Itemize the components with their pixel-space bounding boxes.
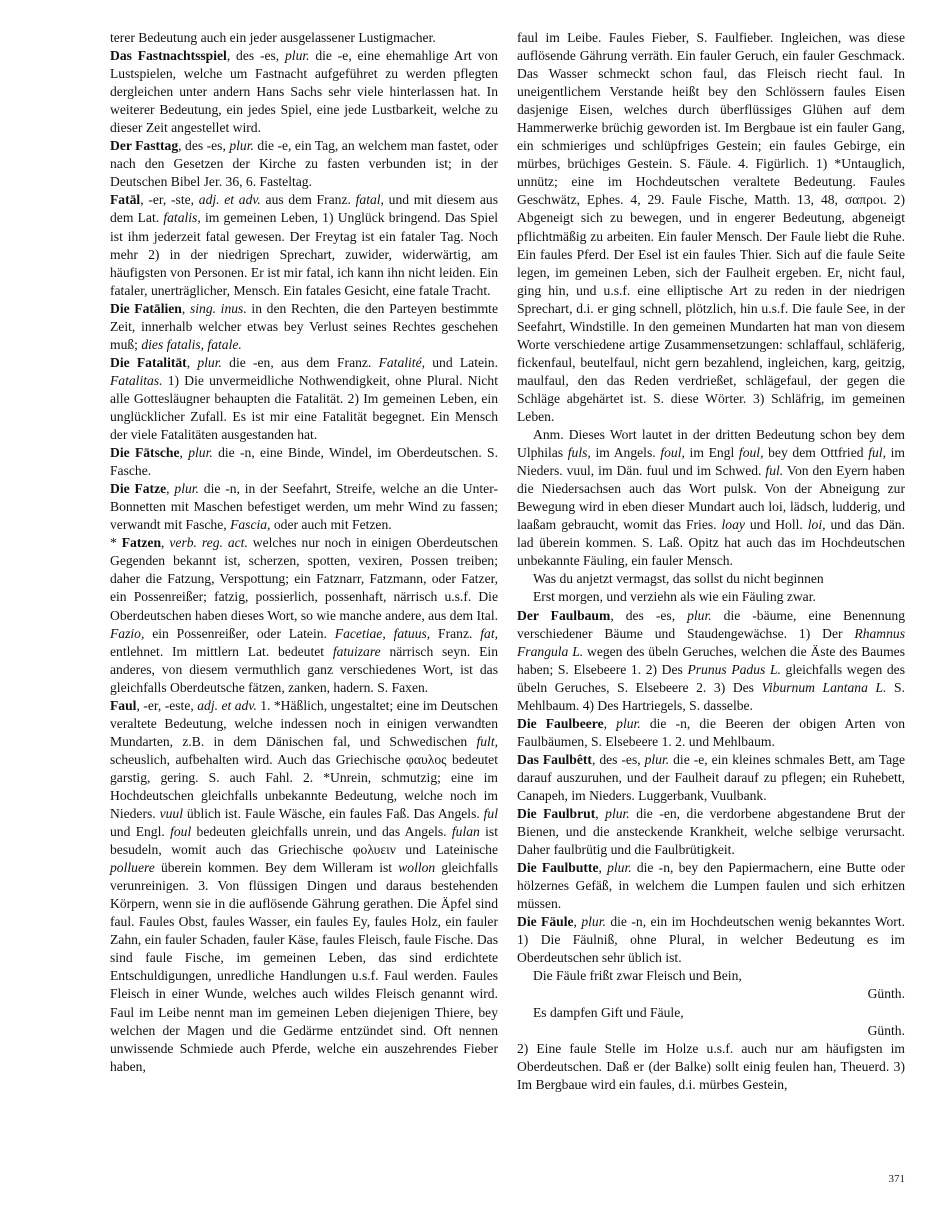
dictionary-entry: Die Fatālien, sing. inus. in den Rechten…: [110, 300, 498, 354]
italic-term: fatuizare: [333, 644, 381, 659]
dictionary-entry: Der Faulbaum, des -es, plur. die -bäume,…: [517, 607, 905, 715]
entry-text: , -er, -ste,: [140, 192, 199, 207]
verse-quote: Die Fäule frißt zwar Fleisch und Bein,: [517, 967, 905, 985]
entry-text: Die Fäule frißt zwar Fleisch und Bein,: [533, 968, 742, 983]
headword: Die Faulbutte: [517, 860, 598, 875]
italic-term: loay: [722, 517, 745, 532]
entry-text: , des -es,: [610, 608, 687, 623]
headword: Der Faulbaum: [517, 608, 610, 623]
page-number: 371: [880, 1173, 905, 1185]
dictionary-entry: Anm. Dieses Wort lautet in der dritten B…: [517, 426, 905, 570]
entry-text: terer Bedeutung auch ein jeder ausgelass…: [110, 30, 436, 45]
headword: Die Fatalitāt: [110, 355, 187, 370]
dictionary-entry: Das Fastnachtsspiel, des -es, plur. die …: [110, 47, 498, 137]
italic-term: plur.: [605, 806, 630, 821]
headword: Der Fasttag: [110, 138, 178, 153]
headword: Faul: [110, 698, 136, 713]
italic-term: Fazio,: [110, 626, 144, 641]
italic-term: verb. reg. act.: [169, 535, 247, 550]
italic-term: ful.: [765, 463, 783, 478]
italic-term: Fatalité,: [379, 355, 425, 370]
italic-term: plur.: [197, 355, 222, 370]
dictionary-entry: terer Bedeutung auch ein jeder ausgelass…: [110, 29, 498, 47]
italic-term: ful,: [868, 445, 886, 460]
headword: Das Faulbêtt: [517, 752, 592, 767]
entry-text: ,: [180, 445, 189, 460]
italic-term: plur.: [607, 860, 632, 875]
entry-text: ,: [182, 301, 190, 316]
italic-term: plur.: [616, 716, 641, 731]
headword: Die Fātsche: [110, 445, 180, 460]
entry-text: ,: [604, 716, 617, 731]
headword: Die Faulbrut: [517, 806, 595, 821]
italic-term: sing. inus.: [190, 301, 247, 316]
italic-term: foul,: [739, 445, 764, 460]
entry-text: 1) Die unvermeidliche Nothwendigkeit, oh…: [110, 373, 498, 442]
entry-text: 2) Eine faule Stelle im Holze u.s.f. auc…: [517, 1041, 905, 1092]
italic-term: Viburnum Lantana L.: [762, 680, 887, 695]
dictionary-entry: Die Faulbrut, plur. die -en, die verdorb…: [517, 805, 905, 859]
headword: Die Fatze: [110, 481, 166, 496]
dictionary-entry: Die Fātsche, plur. die -n, eine Binde, W…: [110, 444, 498, 480]
headword: Fatzen: [122, 535, 161, 550]
entry-text: , -er, -este,: [136, 698, 197, 713]
entry-text: Günth.: [868, 1023, 905, 1038]
entry-text: im Angels.: [591, 445, 661, 460]
italic-term: ful: [484, 806, 498, 821]
italic-term: fulan: [452, 824, 480, 839]
dictionary-entry: 2) Eine faule Stelle im Holze u.s.f. auc…: [517, 1040, 905, 1094]
dictionary-entry: * Fatzen, verb. reg. act. welches nur no…: [110, 534, 498, 696]
entry-text: bedeuten gleichfalls unrein, und das Ang…: [191, 824, 452, 839]
entry-text: *: [110, 535, 122, 550]
entry-text: und Holl.: [745, 517, 808, 532]
entry-text: Was du anjetzt vermagst, das sollst du n…: [533, 571, 824, 586]
entry-text: Franz.: [430, 626, 480, 641]
dictionary-entry: Der Fasttag, des -es, plur. die -e, ein …: [110, 137, 498, 191]
entry-text: die -en, aus dem Franz.: [222, 355, 379, 370]
italic-term: Prunus Padus L.: [687, 662, 780, 677]
italic-term: loi,: [808, 517, 826, 532]
dictionary-entry: Die Fäule, plur. die -n, ein im Hochdeut…: [517, 913, 905, 967]
italic-term: Facetiae, fatuus,: [335, 626, 430, 641]
italic-term: fatalis,: [163, 210, 200, 225]
dictionary-entry: Das Faulbêtt, des -es, plur. die -e, ein…: [517, 751, 905, 805]
italic-term: plur.: [174, 481, 199, 496]
dictionary-entry: Fatāl, -er, -ste, adj. et adv. aus dem F…: [110, 191, 498, 299]
source-citation: Günth.: [517, 1022, 905, 1040]
entry-text: bey dem Ottfried: [763, 445, 868, 460]
entry-text: überein kommen. Bey dem Willeram ist: [155, 860, 398, 875]
entry-text: gleichfalls verunreinigen. 3. Von flüssi…: [110, 860, 498, 1074]
entry-text: entlehnet. Im mittlern Lat. bedeutet: [110, 644, 333, 659]
entry-text: ,: [187, 355, 198, 370]
headword: Die Faulbeere: [517, 716, 604, 731]
dictionary-entry: Faul, -er, -este, adj. et adv. 1. *Häßli…: [110, 697, 498, 1076]
italic-term: wollon: [398, 860, 435, 875]
italic-term: vuul: [160, 806, 183, 821]
entry-text: Erst morgen, und verziehn als wie ein Fä…: [533, 589, 816, 604]
entry-text: faul im Leibe. Faules Fieber, S. Faulfie…: [517, 30, 905, 424]
italic-term: plur.: [581, 914, 606, 929]
italic-term: adj. et adv.: [197, 698, 257, 713]
headword: Das Fastnachtsspiel: [110, 48, 227, 63]
entry-text: Es dampfen Gift und Fäule,: [533, 1005, 684, 1020]
entry-text: , des -es,: [178, 138, 229, 153]
entry-text: , des -es,: [592, 752, 645, 767]
entry-text: üblich ist. Faule Wäsche, ein faules Faß…: [183, 806, 484, 821]
italic-term: fult,: [476, 734, 498, 749]
italic-term: plur.: [687, 608, 712, 623]
italic-term: plur.: [645, 752, 670, 767]
verse-quote: Was du anjetzt vermagst, das sollst du n…: [517, 570, 905, 588]
italic-term: plur.: [285, 48, 310, 63]
italic-term: plur.: [229, 138, 254, 153]
italic-term: fuls,: [568, 445, 591, 460]
entry-text: und Engl.: [110, 824, 170, 839]
entry-text: und Latein.: [425, 355, 498, 370]
dictionary-entry: Die Faulbeere, plur. die -n, die Beeren …: [517, 715, 905, 751]
entry-text: ,: [598, 860, 607, 875]
dictionary-page: terer Bedeutung auch ein jeder ausgelass…: [0, 0, 935, 1210]
dictionary-entry: faul im Leibe. Faules Fieber, S. Faulfie…: [517, 29, 905, 426]
entry-text: aus dem Franz.: [261, 192, 356, 207]
italic-term: plur.: [188, 445, 213, 460]
left-column: terer Bedeutung auch ein jeder ausgelass…: [110, 29, 498, 1076]
italic-term: dies fatalis, fatale.: [141, 337, 241, 352]
entry-text: im Engl: [685, 445, 739, 460]
headword: Fatāl: [110, 192, 140, 207]
headword: Die Fäule: [517, 914, 574, 929]
entry-text: ,: [595, 806, 605, 821]
entry-text: oder auch mit Fetzen.: [270, 517, 391, 532]
italic-term: fatal,: [356, 192, 384, 207]
source-citation: Günth.: [517, 985, 905, 1003]
right-column: faul im Leibe. Faules Fieber, S. Faulfie…: [517, 29, 905, 1094]
verse-quote: Erst morgen, und verziehn als wie ein Fä…: [517, 588, 905, 606]
headword: Die Fatālien: [110, 301, 182, 316]
italic-term: polluere: [110, 860, 155, 875]
dictionary-entry: Die Fatze, plur. die -n, in der Seefahrt…: [110, 480, 498, 534]
entry-text: Günth.: [868, 986, 905, 1001]
verse-quote: Es dampfen Gift und Fäule,: [517, 1004, 905, 1022]
italic-term: foul,: [660, 445, 685, 460]
dictionary-entry: Die Fatalitāt, plur. die -en, aus dem Fr…: [110, 354, 498, 444]
dictionary-entry: Die Faulbutte, plur. die -n, bey den Pap…: [517, 859, 905, 913]
italic-term: Fatalitas.: [110, 373, 163, 388]
entry-text: ein Possenreißer, oder Latein.: [144, 626, 334, 641]
entry-text: , des -es,: [227, 48, 285, 63]
italic-term: fat,: [480, 626, 498, 641]
italic-term: foul: [170, 824, 191, 839]
italic-term: Fascia,: [230, 517, 270, 532]
italic-term: adj. et adv.: [199, 192, 261, 207]
